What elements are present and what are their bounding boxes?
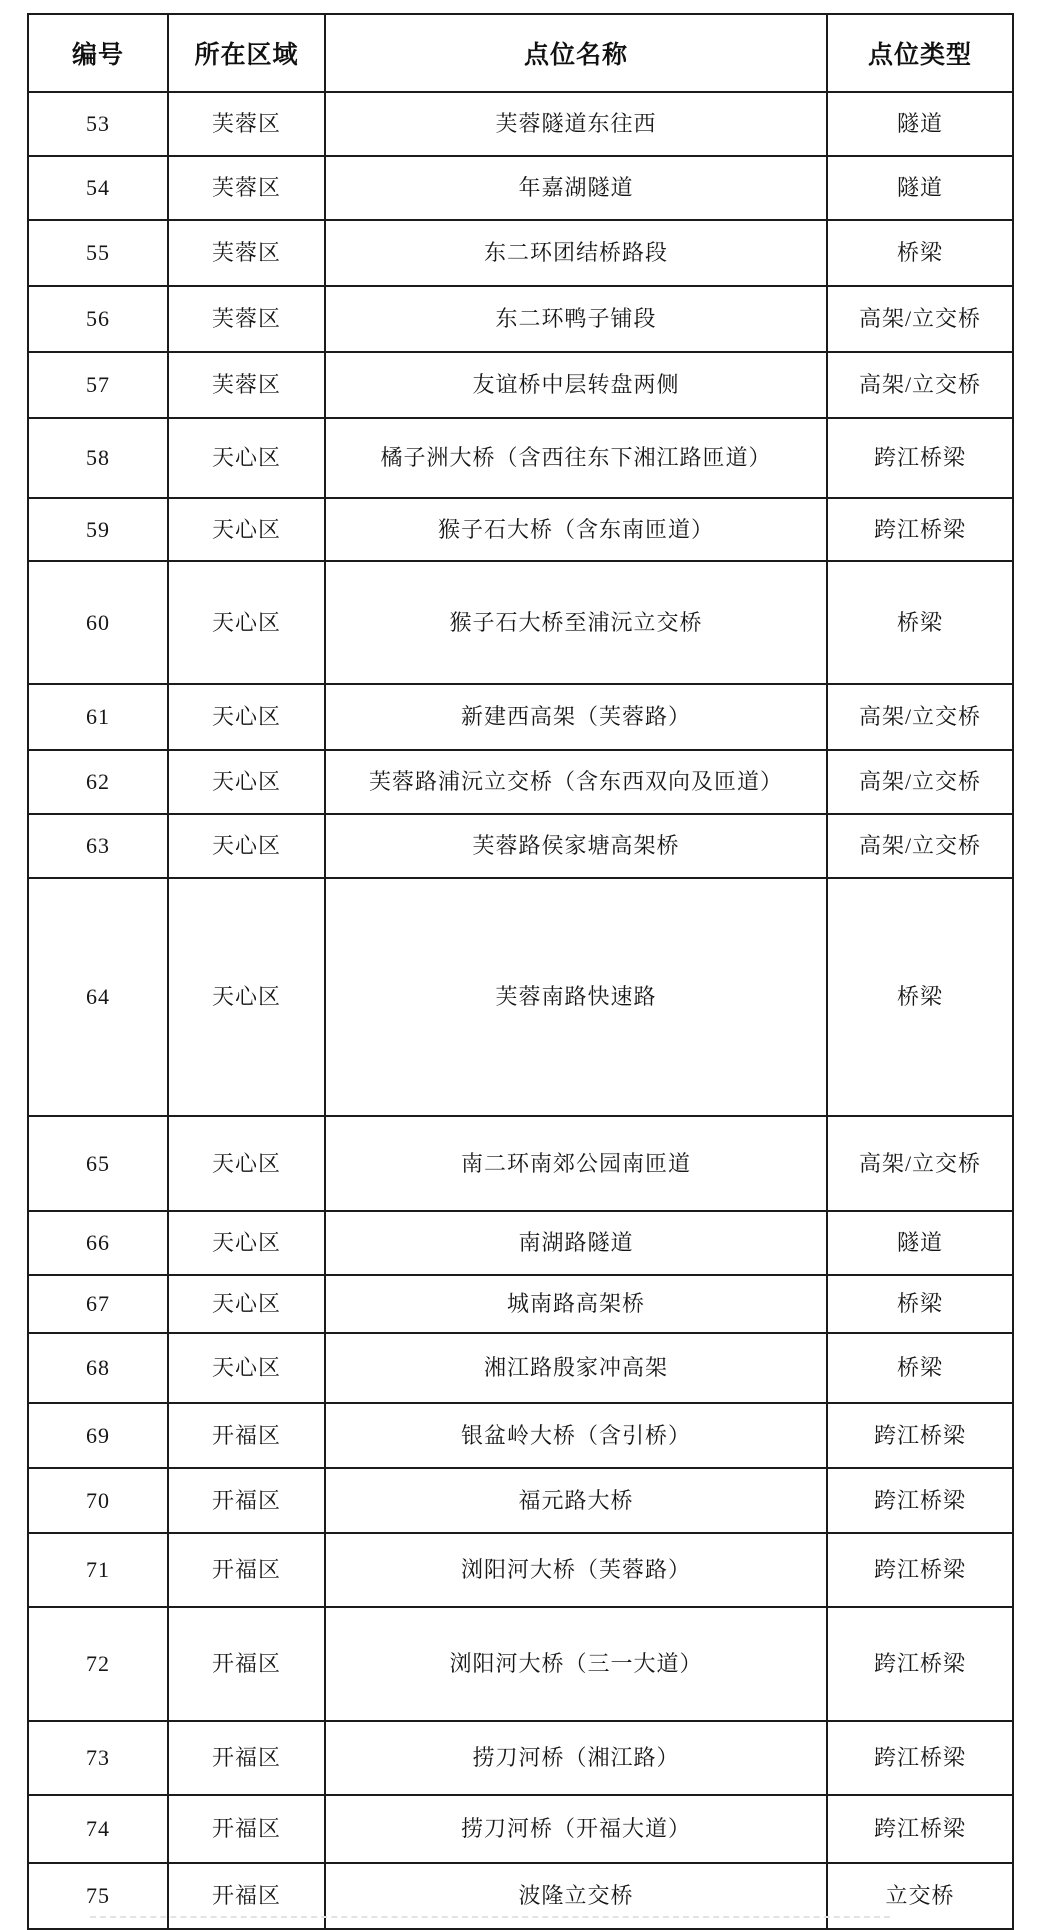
cell-region: 天心区 [168,1333,325,1403]
table-row: 69开福区银盆岭大桥（含引桥）跨江桥梁 [28,1403,1013,1468]
table-header-row: 编号 所在区域 点位名称 点位类型 [28,14,1013,92]
table-row: 67天心区城南路高架桥桥梁 [28,1275,1013,1333]
table-row: 57芙蓉区友谊桥中层转盘两侧高架/立交桥 [28,352,1013,418]
cell-type: 跨江桥梁 [827,1533,1013,1607]
cell-region: 开福区 [168,1403,325,1468]
table-row: 63天心区芙蓉路侯家塘高架桥高架/立交桥 [28,814,1013,878]
table-row: 62天心区芙蓉路浦沅立交桥（含东西双向及匝道）高架/立交桥 [28,750,1013,814]
cell-number: 71 [28,1533,168,1607]
table-row: 61天心区新建西高架（芙蓉路）高架/立交桥 [28,684,1013,750]
cell-number: 54 [28,156,168,220]
cell-region: 开福区 [168,1721,325,1795]
table-row: 72开福区浏阳河大桥（三一大道）跨江桥梁 [28,1607,1013,1721]
cell-region: 芙蓉区 [168,92,325,156]
cell-type: 高架/立交桥 [827,750,1013,814]
table-row: 71开福区浏阳河大桥（芙蓉路）跨江桥梁 [28,1533,1013,1607]
cell-name: 湘江路殷家冲高架 [325,1333,827,1403]
cell-number: 68 [28,1333,168,1403]
cell-number: 67 [28,1275,168,1333]
table-row: 53芙蓉区芙蓉隧道东往西隧道 [28,92,1013,156]
cell-number: 66 [28,1211,168,1275]
table-row: 54芙蓉区年嘉湖隧道隧道 [28,156,1013,220]
cell-region: 开福区 [168,1795,325,1863]
cell-name: 猴子石大桥至浦沅立交桥 [325,561,827,684]
cell-type: 桥梁 [827,1333,1013,1403]
cell-name: 芙蓉南路快速路 [325,878,827,1116]
cell-name: 东二环鸭子铺段 [325,286,827,352]
cell-number: 72 [28,1607,168,1721]
cell-type: 桥梁 [827,561,1013,684]
cell-name: 捞刀河桥（湘江路） [325,1721,827,1795]
cell-name: 橘子洲大桥（含西往东下湘江路匝道） [325,418,827,498]
cell-type: 立交桥 [827,1863,1013,1929]
table-row: 74开福区捞刀河桥（开福大道）跨江桥梁 [28,1795,1013,1863]
cell-number: 57 [28,352,168,418]
header-cell-region: 所在区域 [168,14,325,92]
cell-name: 福元路大桥 [325,1468,827,1533]
cell-name: 新建西高架（芙蓉路） [325,684,827,750]
cell-number: 75 [28,1863,168,1929]
cell-number: 58 [28,418,168,498]
cell-name: 友谊桥中层转盘两侧 [325,352,827,418]
header-cell-number: 编号 [28,14,168,92]
table-row: 75开福区波隆立交桥立交桥 [28,1863,1013,1929]
cell-region: 天心区 [168,418,325,498]
cell-type: 高架/立交桥 [827,814,1013,878]
cell-type: 桥梁 [827,220,1013,286]
cell-name: 猴子石大桥（含东南匝道） [325,498,827,561]
table-row: 68天心区湘江路殷家冲高架桥梁 [28,1333,1013,1403]
table-row: 73开福区捞刀河桥（湘江路）跨江桥梁 [28,1721,1013,1795]
cell-region: 开福区 [168,1607,325,1721]
cell-number: 62 [28,750,168,814]
cell-number: 53 [28,92,168,156]
cell-type: 跨江桥梁 [827,1721,1013,1795]
cell-type: 高架/立交桥 [827,684,1013,750]
cell-region: 天心区 [168,684,325,750]
cell-number: 69 [28,1403,168,1468]
cell-name: 芙蓉路浦沅立交桥（含东西双向及匝道） [325,750,827,814]
cell-type: 跨江桥梁 [827,1607,1013,1721]
cell-name: 南二环南郊公园南匝道 [325,1116,827,1211]
cell-name: 银盆岭大桥（含引桥） [325,1403,827,1468]
cell-name: 年嘉湖隧道 [325,156,827,220]
cell-name: 芙蓉路侯家塘高架桥 [325,814,827,878]
cell-name: 波隆立交桥 [325,1863,827,1929]
table-row: 58天心区橘子洲大桥（含西往东下湘江路匝道）跨江桥梁 [28,418,1013,498]
table-row: 60天心区猴子石大桥至浦沅立交桥桥梁 [28,561,1013,684]
cell-number: 61 [28,684,168,750]
cell-type: 高架/立交桥 [827,1116,1013,1211]
cell-number: 74 [28,1795,168,1863]
cell-region: 开福区 [168,1533,325,1607]
cell-name: 浏阳河大桥（三一大道） [325,1607,827,1721]
cell-type: 隧道 [827,156,1013,220]
cell-region: 天心区 [168,1211,325,1275]
cell-number: 70 [28,1468,168,1533]
cell-number: 59 [28,498,168,561]
cell-region: 天心区 [168,498,325,561]
cell-name: 捞刀河桥（开福大道） [325,1795,827,1863]
table-row: 70开福区福元路大桥跨江桥梁 [28,1468,1013,1533]
cell-region: 天心区 [168,814,325,878]
table-body: 53芙蓉区芙蓉隧道东往西隧道54芙蓉区年嘉湖隧道隧道55芙蓉区东二环团结桥路段桥… [28,92,1013,1929]
cell-region: 开福区 [168,1863,325,1929]
cell-number: 55 [28,220,168,286]
cell-type: 桥梁 [827,878,1013,1116]
cell-name: 南湖路隧道 [325,1211,827,1275]
table-row: 55芙蓉区东二环团结桥路段桥梁 [28,220,1013,286]
cell-name: 东二环团结桥路段 [325,220,827,286]
table-row: 64天心区芙蓉南路快速路桥梁 [28,878,1013,1116]
table-row: 65天心区南二环南郊公园南匝道高架/立交桥 [28,1116,1013,1211]
cell-number: 65 [28,1116,168,1211]
cell-number: 60 [28,561,168,684]
cell-type: 跨江桥梁 [827,1795,1013,1863]
cell-name: 浏阳河大桥（芙蓉路） [325,1533,827,1607]
cell-region: 天心区 [168,561,325,684]
cell-region: 芙蓉区 [168,352,325,418]
cell-region: 芙蓉区 [168,156,325,220]
cell-name: 城南路高架桥 [325,1275,827,1333]
cell-type: 高架/立交桥 [827,352,1013,418]
cell-type: 跨江桥梁 [827,1403,1013,1468]
cell-region: 天心区 [168,878,325,1116]
page-break-dashes [90,1916,890,1918]
cell-type: 跨江桥梁 [827,1468,1013,1533]
cell-region: 天心区 [168,1116,325,1211]
cell-type: 跨江桥梁 [827,498,1013,561]
cell-number: 64 [28,878,168,1116]
cell-region: 芙蓉区 [168,286,325,352]
cell-type: 桥梁 [827,1275,1013,1333]
cell-type: 高架/立交桥 [827,286,1013,352]
table-row: 56芙蓉区东二环鸭子铺段高架/立交桥 [28,286,1013,352]
cell-number: 73 [28,1721,168,1795]
cell-region: 天心区 [168,750,325,814]
cell-region: 开福区 [168,1468,325,1533]
cell-type: 隧道 [827,92,1013,156]
cell-region: 天心区 [168,1275,325,1333]
cell-region: 芙蓉区 [168,220,325,286]
points-table: 编号 所在区域 点位名称 点位类型 53芙蓉区芙蓉隧道东往西隧道54芙蓉区年嘉湖… [27,13,1014,1930]
cell-name: 芙蓉隧道东往西 [325,92,827,156]
cell-number: 63 [28,814,168,878]
table-row: 66天心区南湖路隧道隧道 [28,1211,1013,1275]
header-cell-name: 点位名称 [325,14,827,92]
cell-type: 跨江桥梁 [827,418,1013,498]
table-row: 59天心区猴子石大桥（含东南匝道）跨江桥梁 [28,498,1013,561]
header-cell-type: 点位类型 [827,14,1013,92]
cell-type: 隧道 [827,1211,1013,1275]
cell-number: 56 [28,286,168,352]
